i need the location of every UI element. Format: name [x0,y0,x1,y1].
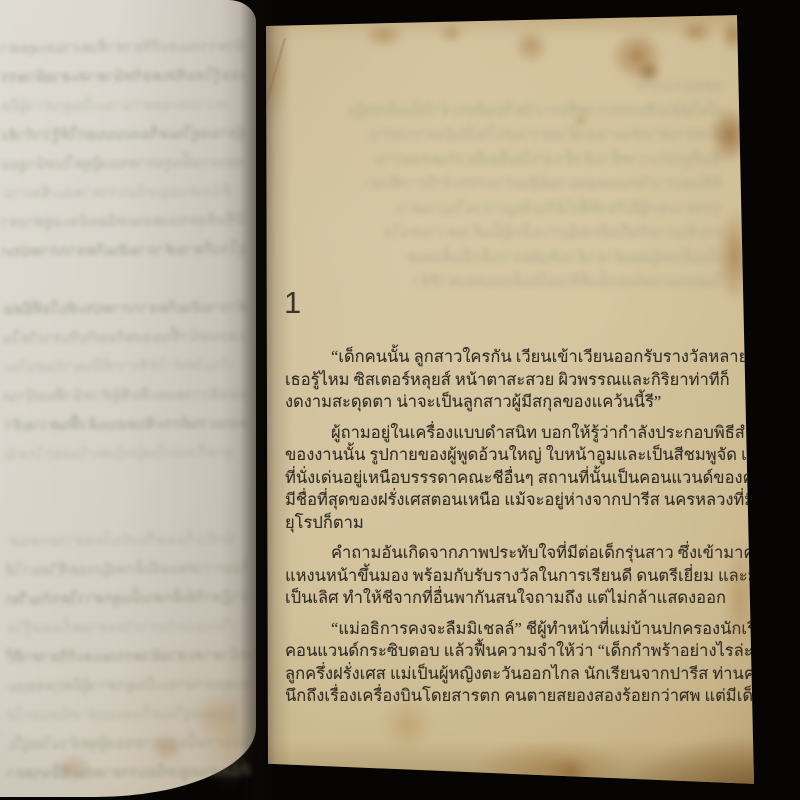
text-line: ผู้ถามอยู่ในเครื่องแบบดำสนิท บอกให้รู้ว่… [285,422,695,445]
stain [363,22,405,48]
showthrough-line: เป็นเลิศทำให้ชีจากที่อื่นพากันสนใจถามถึง… [3,352,233,383]
text-line: คำถามอันเกิดจากภาพประทับใจที่มีต่อเด็กรุ… [285,542,695,565]
text-line: แหงนหน้าขึ้นมอง พร้อมกับรับรางวัลในการเร… [285,565,695,588]
text-line: เธอรู้ไหม ซิสเตอร์หลุยส์ หน้าตาสะสวย ผิว… [285,369,695,392]
showthrough-line: มีชื่อที่สุดของตอนเหนือแม้จะอยู่ห่างจากน… [2,207,246,239]
stain [678,18,714,46]
showthrough-line: เธอรู้ไหมซิสเตอร์หน้าตาสะสวยผิวพรรณและ [0,62,244,94]
showthrough-line: ในคอนแวนด์แห่งนั้นที่ล้วนเป็นเด็กผมทองตา… [286,270,722,295]
showthrough-line: งดงามสะดุดตาน่าจะเป็นลูกสาวผู้มีสกุลของแ… [1,91,231,122]
paragraph: “เด็กคนนั้น ลูกสาวใครกัน เวียนเข้าเวียนอ… [285,346,695,414]
showthrough-line: ที่นั่งเด่นอยู่เหนือบรรดาคณะชีอื่นๆสถานท… [8,758,252,790]
showthrough-line: ผู้ถามอยู่ในเครื่องแบบดำสนิทบอกให้รู้ว่า… [7,700,237,731]
left-page-showthrough-text: ผิวพรรณและกิริยาท่าทีงดงามสะดุดตาน่าจะเป… [0,33,252,791]
showthrough-line: ปาฏิหาริย์เด็กคนนั้นลูกสาวใครกันเวียนเข้… [6,584,250,616]
showthrough-line: เมื่อได้ยินเสียงประกาศชื่อรางวัลเรียนดีป… [286,99,722,124]
paragraph: ผู้ถามอยู่ในเครื่องแบบดำสนิท บอกให้รู้ว่… [285,422,695,535]
page-bottom-shading [258,741,758,787]
text-line: “แม่อธิการคงจะลืมมิเชลล์” ชีผู้ทำหน้าที่… [285,618,695,641]
right-page-showthrough-text: นคยองเมอรสเมื่อได้ยินเสียงประกาศชื่อรางว… [286,74,722,295]
text-line: คอนแวนด์กระซิบตอบ แล้วฟื้นความจำให้ว่า “… [285,640,695,663]
text-line: นึกถึงเรื่องเครื่องบินโดยสารตก คนตายสยอง… [285,685,695,708]
showthrough-line: นคยองเมอรส [286,74,722,99]
stain [513,28,549,64]
showthrough-line: ของงานนั้นรูปกายของผู้พูดอ้วนใหญ่ใบหน้า [7,729,251,761]
text-line: ของงานนั้น รูปกายของผู้พูดอ้วนใหญ่ ใบหน้… [285,444,695,467]
showthrough-line [5,497,249,529]
book-photo: ผิวพรรณและกิริยาท่าทีงดงามสะดุดตาน่าจะเป… [0,0,800,800]
showthrough-line: ลูกครึ่งแม่เป็นผู้หญิงตะวันออกไกลนักเรีย… [4,439,234,470]
showthrough-line: เวียนออกรับรางวัลหลายครั้งเธอรู้ไหมซิสเต… [6,613,236,644]
stain [258,12,758,38]
text-line: ลูกครึ่งฝรั่งเศส แม่เป็นผู้หญิงตะวันออกไ… [285,663,695,686]
left-page: ผิวพรรณและกิริยาท่าทีงดงามสะดุดตาน่าจะเป… [0,0,256,797]
showthrough-line: พิธีมอบรางวัลของคอนแวนด์อันเก่าแก่ประจำป… [286,172,722,197]
text-line: งดงามสะดุดตา น่าจะเป็นลูกสาวผู้มีสกุลของ… [285,391,695,414]
showthrough-line: หน้าตาสะสวยผิวพรรณและกิริยาท่าทีก็งดงาม [6,642,250,674]
showthrough-line: เป็นเด็กหญิงผมดำตาดำขลับผิดจากเด็กอื่นทั… [286,246,722,271]
showthrough-line: คอนแวนด์กระซิบตอบแล้วฟื้นความจำให้ว่าเด็… [4,410,248,442]
showthrough-line: ร้อยกว่าศพแต่มีเด็กหญิงรอดชีวิตมาได้อย่า… [6,555,250,587]
showthrough-line: ของงานนั้นรูปกายของผู้พูดใบหน้าอูมและเป็… [1,149,245,181]
showthrough-line: ชื่อที่ถูกประกาศซ้ำแล้วซ้ำเล่าเป็นชื่อเด… [286,148,722,173]
text-line: ยุโรปก็ตาม [285,512,695,535]
right-page: นคยองเมอรสเมื่อได้ยินเสียงประกาศชื่อรางว… [258,12,758,787]
text-line: ที่นั่งเด่นอยู่เหนือบรรรดาคณะชีอื่นๆ สถา… [285,467,695,490]
showthrough-line: คำถามอันเกิดจากภาพประทับใจที่มีต่อเด็กรุ… [3,294,247,326]
showthrough-line: กระซิบถามกันถึงเด็กหญิงร่างเล็กผู้นั้นด้… [286,221,722,246]
showthrough-line: ผู้ถามอยู่ในเครื่องแบบบอกให้รู้ว่ากำลังป… [1,120,245,152]
showthrough-line: แหงนหน้าขึ้นมองพร้อมกับรับรางวัลในการเรี… [3,323,247,355]
chapter-number: 1 [284,286,301,320]
text-line: มีชื่อที่สุดของฝรั่งเศสตอนเหนือ แม้จะอยู… [285,489,695,512]
showthrough-line: แม่อธิการคงจะลืมชีผู้ทำหน้าที่แม่บ้านปกค… [4,381,248,413]
showthrough-line: บรรดาแขกผู้มีเกียรติซึ่งได้รับเชิญมาร่วม… [286,197,722,222]
text-line: “เด็กคนนั้น ลูกสาวใครกัน เวียนเข้าเวียนอ… [285,346,695,369]
showthrough-line [5,468,249,500]
body-text: “เด็กคนนั้น ลูกสาวใครกัน เวียนเข้าเวียนอ… [285,346,695,708]
showthrough-line [2,265,232,296]
showthrough-line: ผิวพรรณและกิริยาท่าทีงดงามสะดุดตาน่าจะเป… [0,33,244,65]
paragraph: “แม่อธิการคงจะลืมมิเชลล์” ชีผู้ทำหน้าที่… [285,618,695,708]
stain [550,756,590,788]
stain [598,726,768,796]
showthrough-line: ที่นั่งเด่นอยู่เหนือบรรดาคณะชีสถานที่นั้… [2,178,232,209]
stain [720,18,746,52]
paragraph: คำถามอันเกิดจากภาพประทับใจที่มีต่อเด็กรุ… [285,542,695,610]
showthrough-line: นึกถึงเรื่องเครื่องบินโดยสารตกคนตายสยองส… [5,526,235,557]
stain [437,22,465,44]
showthrough-line: ทั้งหลายต่างหันมามองด้วยความสนใจเป็นอันม… [286,123,722,148]
showthrough-line: ยุโรปก็ตามคำถามอันเกิดจากภาพประทับใจ [2,236,246,268]
text-line: เป็นเลิศ ทำให้ชีจากที่อื่นพากันสนใจถามถึ… [285,587,695,610]
stain [476,740,626,796]
showthrough-line: สะดุดตาน่าจะเป็นลูกสาวผู้มีสกุลของแคว้นน… [7,671,251,703]
